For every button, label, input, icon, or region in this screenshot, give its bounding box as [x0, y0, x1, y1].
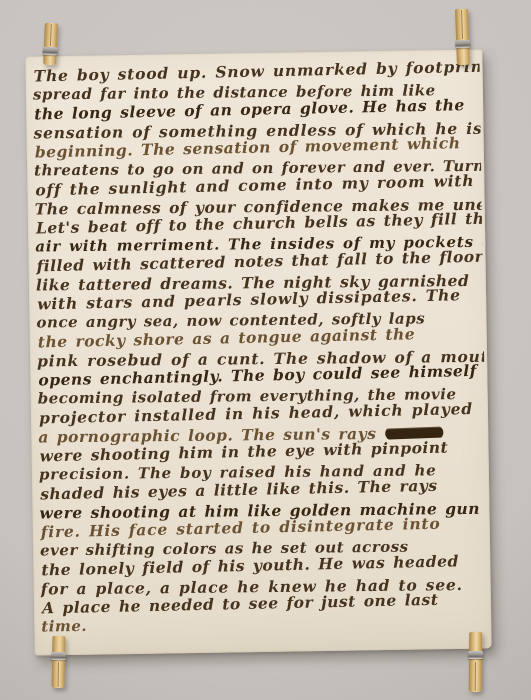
manuscript-paper: The boy stood up. Snow unmarked by footp…: [25, 49, 491, 655]
clothespin-spring-icon: [455, 40, 470, 49]
clothespin-spring-icon: [43, 46, 58, 55]
photograph: The boy stood up. Snow unmarked by footp…: [0, 0, 531, 700]
manuscript-line: time.: [41, 613, 488, 637]
clothespin-bottom-right: [469, 632, 483, 692]
clothespin-bottom-left: [52, 636, 66, 688]
clothespin-spring-icon: [51, 652, 66, 660]
manuscript-text: The boy stood up. Snow unmarked by footp…: [32, 59, 488, 649]
clothespin-spring-icon: [468, 651, 483, 659]
clothespin-top-right: [455, 9, 470, 65]
clothespin-top-left: [43, 23, 58, 66]
